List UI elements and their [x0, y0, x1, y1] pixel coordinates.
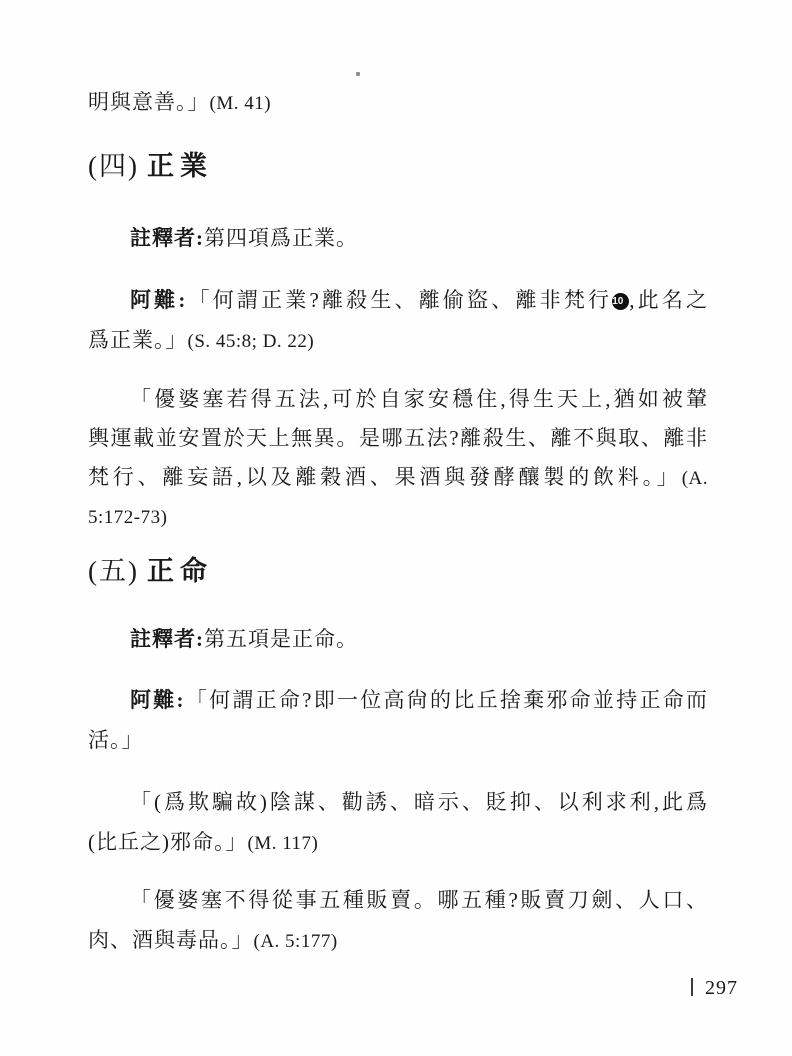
text-line: 阿難:「何謂正業?離殺生、離偷盜、離非梵行10,此名之 — [88, 280, 708, 320]
body-text: 梵行、離妄語,以及離穀酒、果酒與發酵釀製的飲料。」 — [88, 465, 682, 489]
text-line: 「(爲欺騙故)陰謀、勸誘、暗示、貶抑、以利求利,此爲 — [88, 782, 708, 822]
paragraph-commentator-4: 註釋者:第四項爲正業。 — [88, 218, 708, 258]
heading-number: (五) — [88, 556, 139, 586]
paragraph-opening-continuation: 明與意善。」(M. 41) — [88, 82, 708, 122]
body-text: 爲正業。」 — [88, 328, 188, 352]
speaker-label: 註釋者: — [130, 226, 204, 250]
body-text: 「優婆塞不得從事五種販賣。哪五種?販賣刀劍、人口、 — [130, 888, 708, 912]
text-line: 爲正業。」(S. 45:8; D. 22) — [88, 320, 708, 360]
heading-title: 正業 — [147, 151, 213, 181]
speaker-label: 阿難: — [130, 688, 185, 712]
footnote-10-marker: 10 — [612, 293, 629, 310]
body-text: (比丘之)邪命。」 — [88, 830, 248, 854]
paragraph-commentator-5: 註釋者:第五項是正命。 — [88, 619, 708, 659]
text-line: 「優婆塞不得從事五種販賣。哪五種?販賣刀劍、人口、 — [88, 880, 708, 920]
text-line: 註釋者:第四項爲正業。 — [88, 218, 708, 258]
footer-divider-bar — [691, 978, 693, 996]
paragraph-quote-a5-177: 「優婆塞不得從事五種販賣。哪五種?販賣刀劍、人口、 肉、酒與毒品。」(A. 5:… — [88, 880, 708, 960]
citation-a5-177: (A. 5:177) — [254, 931, 338, 952]
paragraph-ananda-5: 阿難:「何謂正命?即一位高尙的比丘捨棄邪命並持正命而 活。」 — [88, 680, 708, 760]
citation-a5-172-rest: 5:172-73) — [88, 507, 167, 528]
body-text: 肉、酒與毒品。」 — [88, 928, 254, 952]
text-line: 5:172-73) — [88, 497, 708, 536]
section-heading-4: (四)正業 — [88, 144, 708, 188]
body-text: 「(爲欺騙故)陰謀、勸誘、暗示、貶抑、以利求利,此爲 — [130, 790, 708, 814]
book-page: 明與意善。」(M. 41) (四)正業 註釋者:第四項爲正業。 阿難:「何謂正業… — [0, 0, 792, 1056]
body-text: 「何謂正業?離殺生、離偷盜、離非梵行 — [186, 288, 612, 312]
text-line: 註釋者:第五項是正命。 — [88, 619, 708, 659]
page-footer: 297 — [691, 975, 738, 1001]
body-text: 「何謂正命?即一位高尙的比丘捨棄邪命並持正命而 — [185, 688, 708, 712]
text-line: 阿難:「何謂正命?即一位高尙的比丘捨棄邪命並持正命而 — [88, 680, 708, 720]
citation-s458-d22: (S. 45:8; D. 22) — [188, 331, 315, 352]
speaker-label: 阿難: — [130, 288, 186, 312]
citation-m117: (M. 117) — [248, 833, 319, 854]
text-line: 肉、酒與毒品。」(A. 5:177) — [88, 920, 708, 960]
body-text: 「優婆塞若得五法,可於自家安穩住,得生天上,猶如被輦 — [130, 387, 708, 411]
text-line: 「優婆塞若得五法,可於自家安穩住,得生天上,猶如被輦 — [88, 380, 708, 419]
scan-artifact-dot — [356, 72, 360, 76]
heading-title: 正命 — [147, 556, 213, 586]
citation-m41: (M. 41) — [210, 93, 272, 114]
paragraph-ananda-4: 阿難:「何謂正業?離殺生、離偷盜、離非梵行10,此名之 爲正業。」(S. 45:… — [88, 280, 708, 360]
heading-number: (四) — [88, 151, 139, 181]
page-number: 297 — [705, 977, 738, 999]
body-text: 明與意善。」 — [88, 90, 210, 114]
heading-line: (五)正命 — [88, 549, 708, 593]
text-line: 明與意善。」(M. 41) — [88, 82, 708, 122]
paragraph-quote-m117: 「(爲欺騙故)陰謀、勸誘、暗示、貶抑、以利求利,此爲 (比丘之)邪命。」(M. … — [88, 782, 708, 862]
body-text: 輿運載並安置於天上無異。是哪五法?離殺生、離不與取、離非 — [88, 426, 708, 450]
body-text: 第五項是正命。 — [204, 627, 358, 651]
body-text: 活。」 — [88, 728, 144, 752]
body-text: ,此名之 — [629, 288, 708, 312]
text-line: 活。」 — [88, 720, 708, 760]
text-line: (比丘之)邪命。」(M. 117) — [88, 822, 708, 862]
body-text: 第四項爲正業。 — [204, 226, 358, 250]
section-heading-5: (五)正命 — [88, 549, 708, 593]
citation-a5-172-open: (A. — [682, 468, 708, 489]
speaker-label: 註釋者: — [130, 627, 204, 651]
paragraph-quote-a5-172: 「優婆塞若得五法,可於自家安穩住,得生天上,猶如被輦 輿運載並安置於天上無異。是… — [88, 380, 708, 536]
text-line: 輿運載並安置於天上無異。是哪五法?離殺生、離不與取、離非 — [88, 419, 708, 458]
heading-line: (四)正業 — [88, 144, 708, 188]
text-line: 梵行、離妄語,以及離穀酒、果酒與發酵釀製的飲料。」(A. — [88, 458, 708, 497]
